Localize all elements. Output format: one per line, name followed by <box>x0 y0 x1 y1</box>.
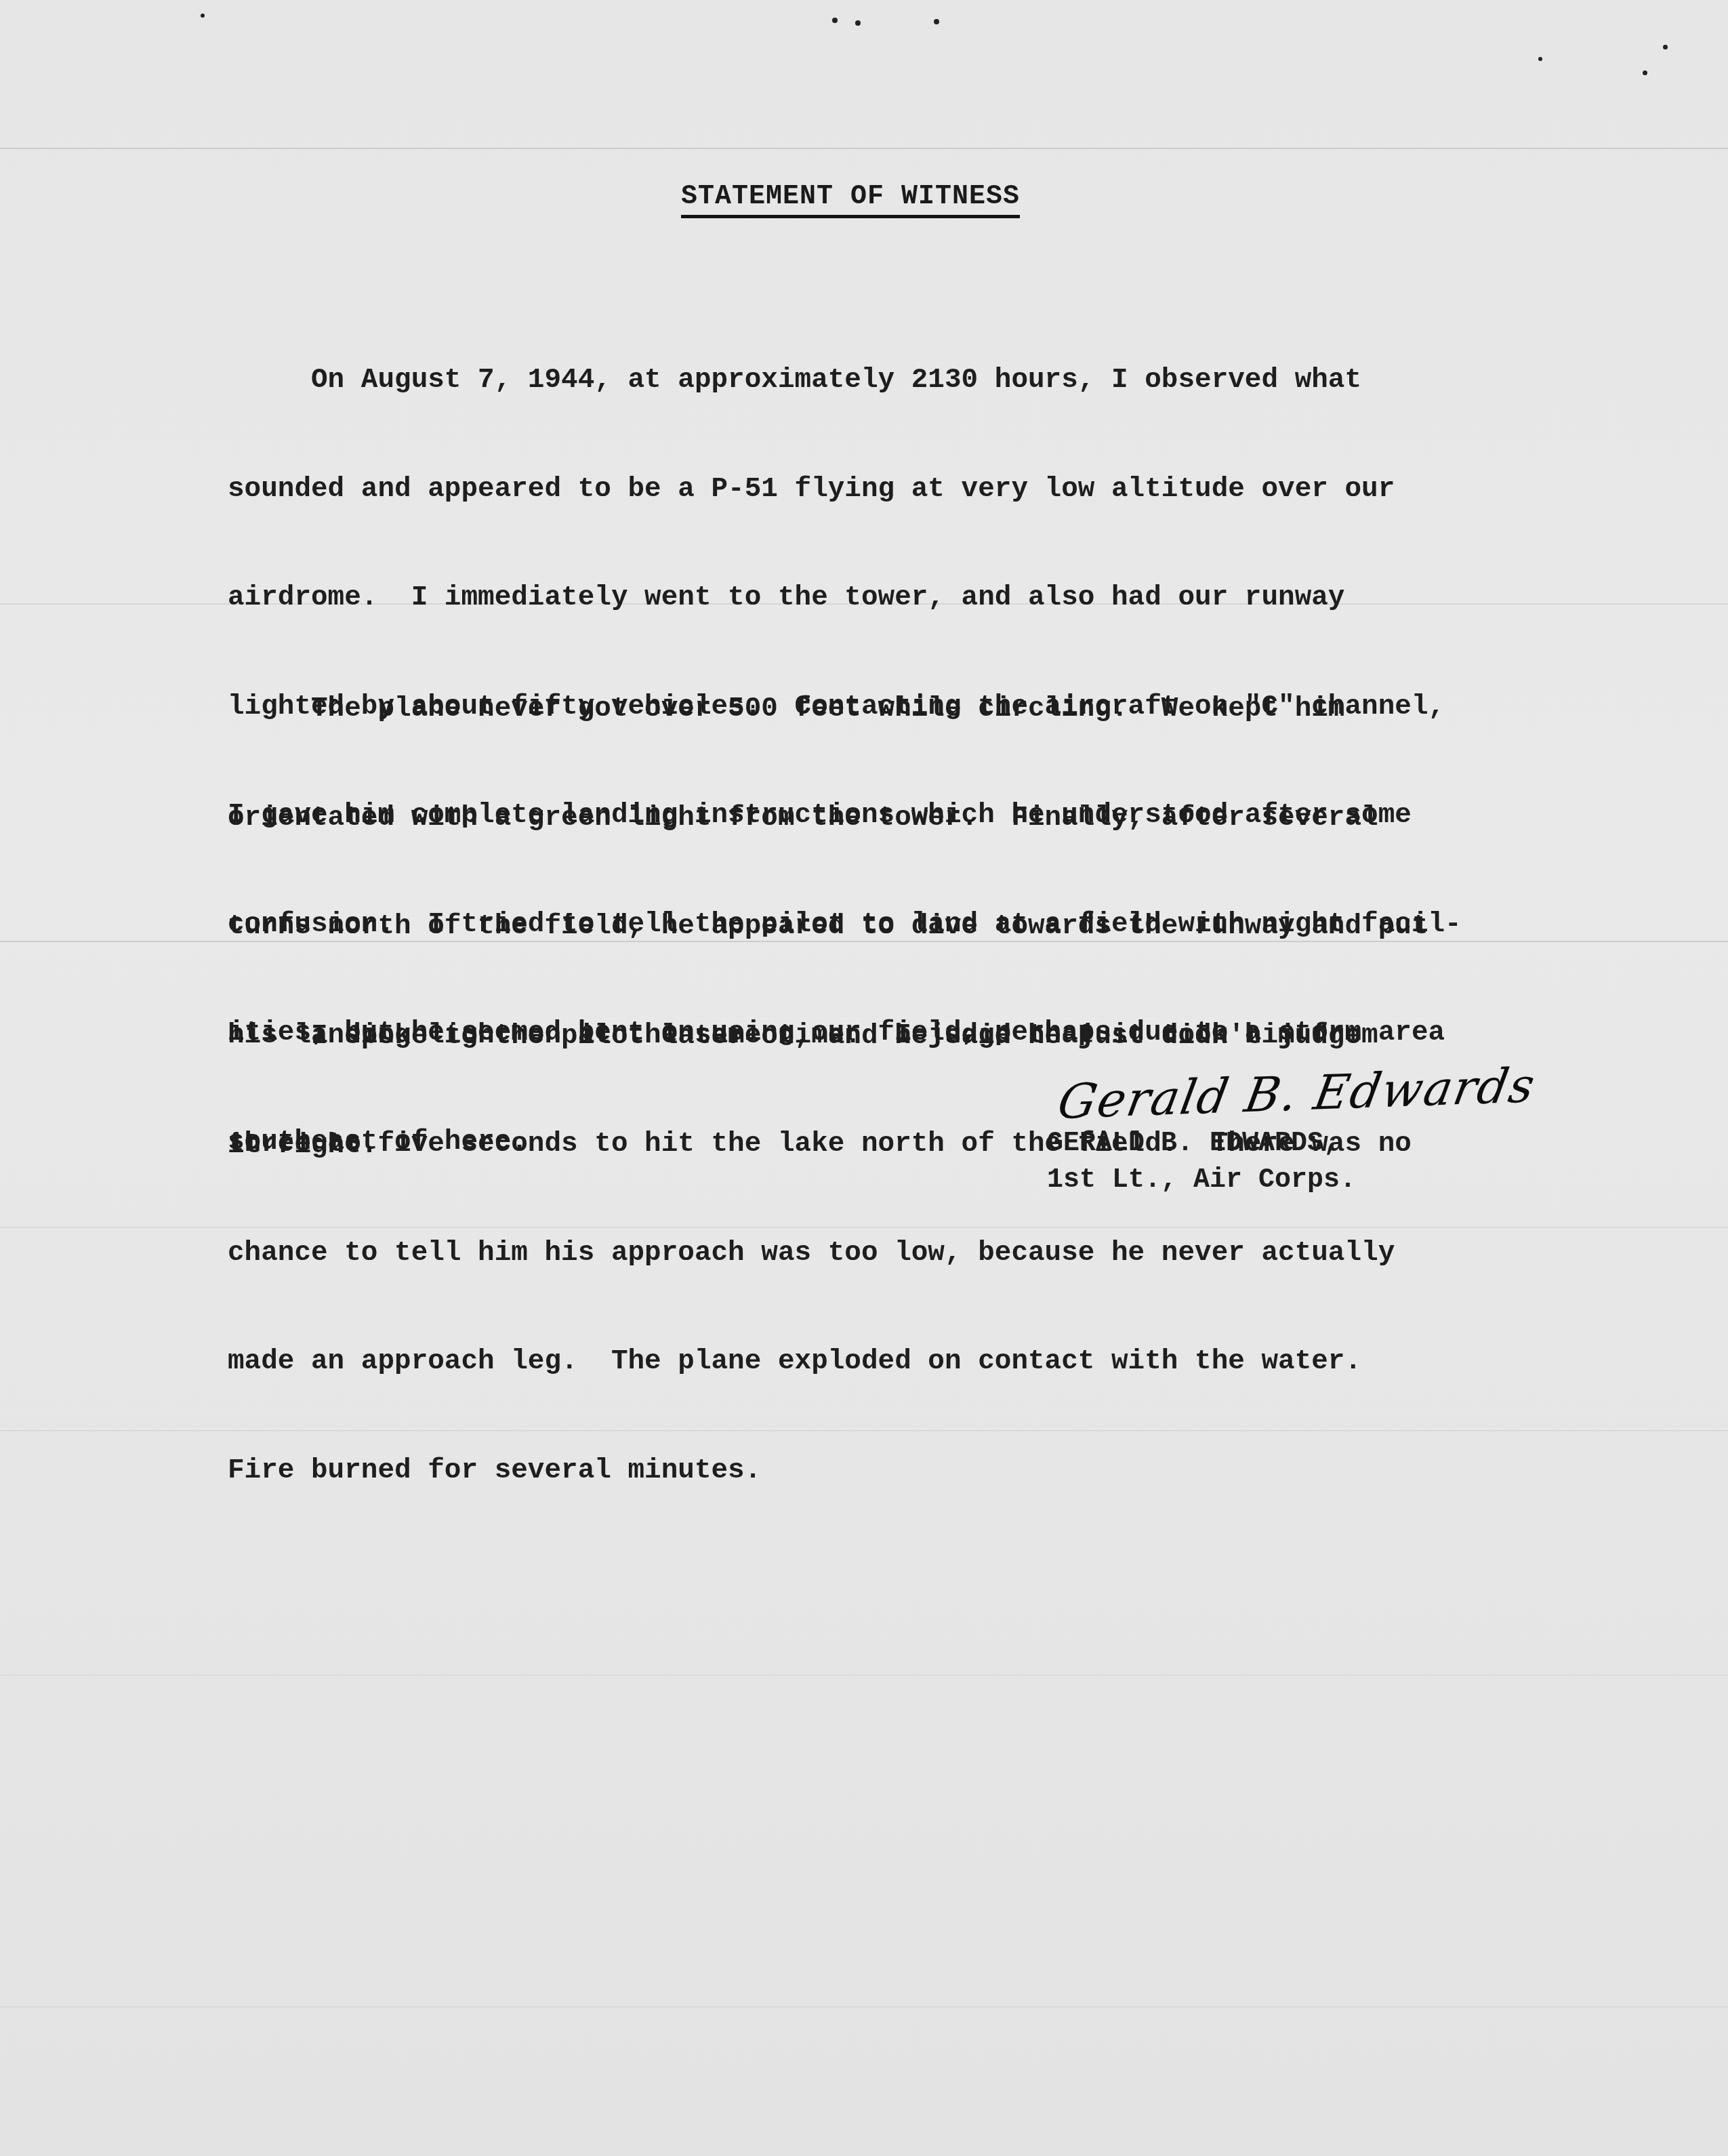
text-line: airdrome. I immediately went to the towe… <box>228 580 1576 617</box>
document-page: STATEMENT OF WITNESS On August 7, 1944, … <box>0 0 1728 2156</box>
scan-line <box>0 1674 1728 1675</box>
text-line: chance to tell him his approach was too … <box>228 1236 1576 1272</box>
dust-speck <box>934 19 939 24</box>
text-line: The plane never got over 500 feet while … <box>228 691 1576 728</box>
dust-speck <box>855 20 861 26</box>
text-line: turns north of the field, he appeared to… <box>228 909 1576 945</box>
dust-speck <box>1643 70 1647 75</box>
text-line: On August 7, 1944, at approximately 2130… <box>228 363 1576 399</box>
text-line: made an approach leg. The plane exploded… <box>228 1344 1576 1381</box>
dust-speck <box>1663 45 1668 49</box>
text-line: I spoke to the pilot later on, and he sa… <box>228 1019 1576 1055</box>
text-line: Fire burned for several minutes. <box>228 1453 1576 1490</box>
dust-speck <box>832 18 838 23</box>
signatory-name: GERALD B. EDWARDS, <box>1047 1126 1531 1162</box>
scan-line <box>0 2006 1728 2008</box>
document-title: STATEMENT OF WITNESS <box>681 182 1020 218</box>
dust-speck <box>201 14 205 18</box>
text-line: sounded and appeared to be a P-51 flying… <box>228 472 1576 508</box>
signature-block: Gerald B. Edwards GERALD B. EDWARDS, 1st… <box>1047 1074 1531 1199</box>
signatory-rank: 1st Lt., Air Corps. <box>1047 1162 1531 1199</box>
scan-line <box>0 148 1728 149</box>
text-line: orientated with a green light from the t… <box>228 800 1576 837</box>
dust-speck <box>1538 57 1542 61</box>
